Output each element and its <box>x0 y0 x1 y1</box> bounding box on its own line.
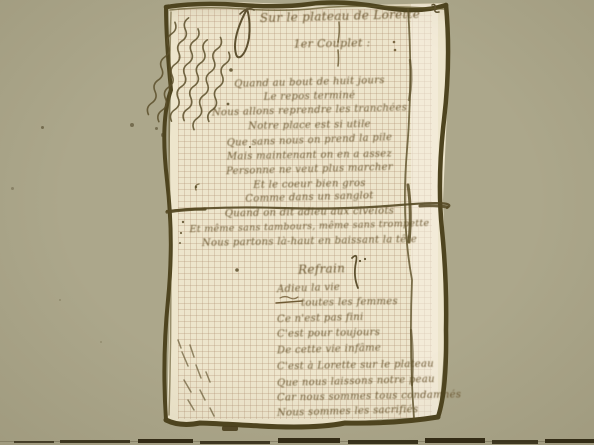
dirt-speck <box>130 123 134 127</box>
refrain-line: Adieu la vie <box>277 282 340 295</box>
dirt-speck <box>59 299 61 301</box>
dirt-speck <box>161 133 164 137</box>
dirt-speck <box>100 341 102 343</box>
refrain-heading: Refrain <box>298 261 346 277</box>
dirt-speck <box>155 127 158 130</box>
dirt-speck <box>41 126 44 129</box>
refrain-line: C'est pour toujours <box>277 327 380 340</box>
scene: Sur le plateau de Lorette 1er Couplet : … <box>0 0 594 445</box>
couplet-heading: 1er Couplet : <box>262 36 402 51</box>
refrain-line: toutes les femmes <box>301 296 398 309</box>
refrain-line: Ce n'est pas fini <box>277 312 364 325</box>
dirt-speck <box>11 187 14 190</box>
ground-line <box>0 426 594 444</box>
